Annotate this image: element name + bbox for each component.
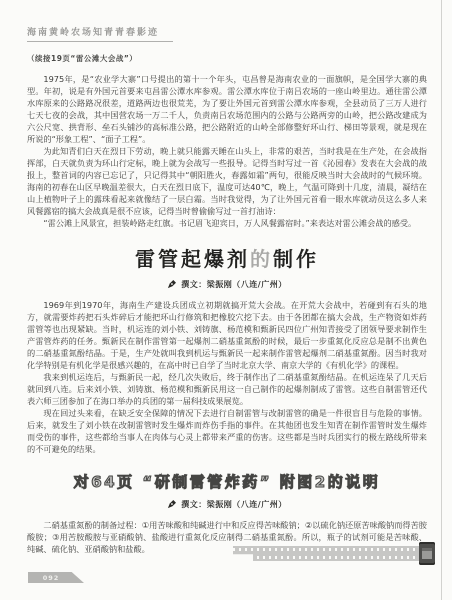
- film-canister-icon: [419, 542, 435, 565]
- byline-text: 撰文：梁振刚（八连/广州）: [181, 279, 286, 290]
- paragraph: 现在回过头来看，在缺乏安全保障的情况下去进行自制雷管与改制雷管的确是一件很盲目与…: [27, 407, 427, 455]
- film-strip-graphic: [233, 546, 419, 561]
- paragraph: 我来到机运连后，与甄新民一起，经几次失败后，终于制作出了二硝基重氮酚结晶。在机运…: [27, 371, 427, 407]
- running-header: 海南黄岭农场知青青春影迹: [27, 25, 173, 42]
- paragraph: 1969年到1970年，海南生产建设兵团成立初期就搞开荒大会战。在开荒大会战中，…: [27, 299, 427, 371]
- paragraph: 1975年，是“农业学大寨”口号提出的第十一个年头，屯昌曾是海南农业的一面旗帜，…: [27, 73, 427, 145]
- magazine-page: 海南黄岭农场知青青春影迹 （续接19页“雷公滩大会战”） 1975年，是“农业学…: [0, 0, 452, 600]
- byline-article3: 撰文：梁振刚（八连/广州）: [27, 499, 427, 510]
- paragraph-poem-quote: “雷公滩上风景宜，担装岭路走红旗。书记眉飞迎宾日，万人风餐露宿时。”来表达对雷公…: [27, 217, 427, 229]
- page-number: 092: [43, 574, 60, 582]
- page-number-badge: 092: [28, 572, 84, 583]
- title-segment-light: 的: [250, 247, 273, 271]
- title-segment: 制作: [273, 247, 319, 271]
- article3-title: 对64页 “研制雷管炸药” 附图2的说明: [27, 471, 427, 492]
- continuation-note: （续接19页“雷公滩大会战”）: [27, 53, 427, 64]
- byline-text: 撰文：梁振刚（八连/广州）: [181, 499, 286, 510]
- title-segment: 雷管起爆剂: [135, 247, 250, 271]
- paragraph: 为此知青们白天在烈日下劳动，晚上就只能露天睡在山头上，非常的艰苦，当时我是在生产…: [27, 145, 427, 217]
- pen-icon: [167, 500, 176, 509]
- article1-body: 1975年，是“农业学大寨”口号提出的第十一个年头，屯昌曾是海南农业的一面旗帜，…: [27, 73, 427, 229]
- pen-icon: [167, 280, 176, 289]
- page-edge-shadow: [441, 0, 442, 600]
- article2-title: 雷管起爆剂的制作: [27, 243, 427, 272]
- byline-article2: 撰文：梁振刚（八连/广州）: [27, 279, 427, 290]
- article2-body: 1969年到1970年，海南生产建设兵团成立初期就搞开荒大会战。在开荒大会战中，…: [27, 299, 427, 455]
